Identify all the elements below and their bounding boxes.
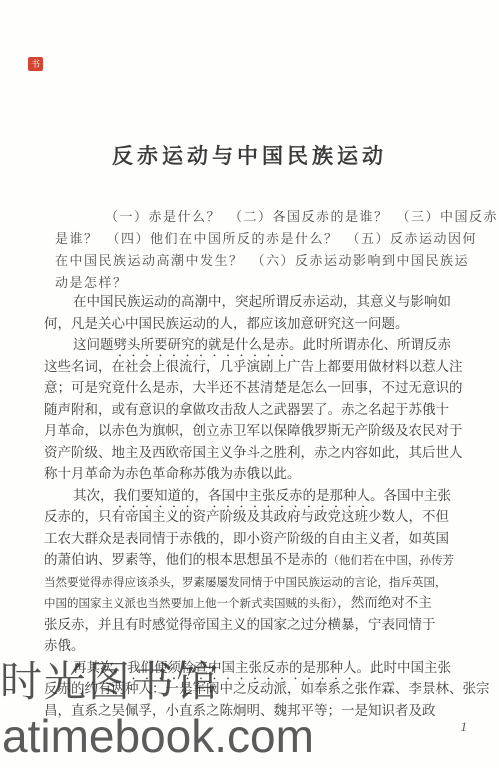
watermark-site-url: atimebook.com <box>2 713 314 759</box>
page-number: 1 <box>461 719 468 735</box>
body-line: 中国的国家主义派也当然要加上他一个新式卖国贼的头衔），然而绝对不主 <box>44 592 461 614</box>
body-line: 的萧伯讷、罗素等，他们的根本思想虽不是赤的（他们若在中国，孙传芳 <box>44 549 461 571</box>
body-line: 随声附和，或有意识的拿做攻击敌人之武器罢了。赤之名起于苏俄十 <box>44 399 461 421</box>
scanned-page: 书 反赤运动与中国民族运动 （一）赤是什么？ （二）各国反赤的是谁？ （三）中国… <box>0 0 499 768</box>
body-line: 反赤的，只有帝国主义的资产阶级及其政府与政党这班少数人，不但 <box>44 506 461 528</box>
red-stamp-glyph: 书 <box>31 60 40 69</box>
subtitle-line: 在中国民族运动高潮中发生？ （六）反赤运动影响到中国民族运 <box>55 250 459 272</box>
subtitle-line: 是谁？ （四）他们在中国所反的赤是什么？ （五）反赤运动因何 <box>55 228 459 250</box>
body-line: 意；可是究竟什么是赤，大半还不甚清楚是怎么一回事，不过无意识的 <box>44 377 461 399</box>
body-text: 在中国民族运动的高潮中，突起所谓反赤运动，其意义与影响如何，凡是关心中国民族运动… <box>44 291 461 721</box>
red-stamp-icon: 书 <box>28 57 43 71</box>
body-line: 这些名词，在社会上很流行，几乎演剧上广告上都要用做材料以惹人注 <box>44 356 461 378</box>
body-line: 资产阶级、地主及西欧帝国主义争斗之胜利，赤之内容如此，其后世人 <box>44 442 461 464</box>
subtitle-block: （一）赤是什么？ （二）各国反赤的是谁？ （三）中国反赤的是谁？ （四）他们在中… <box>55 206 459 294</box>
body-line: 月革命，以赤色为旗帜，创立赤卫军以保障俄罗斯无产阶级及农民对于 <box>44 420 461 442</box>
body-line: 当然要觉得赤得应该杀头，罗素屡屡发同情于中国民族运动的言论，指斥英国， <box>44 571 461 593</box>
body-line: 称十月革命为赤色革命称苏俄为赤俄以此。 <box>44 463 461 485</box>
body-line: 张反赤，并且有时感觉得帝国主义的国家之过分横暴，宁表同情于 <box>44 614 461 636</box>
watermark-library-name: 时光图书馆 <box>0 661 220 703</box>
subtitle-line: （一）赤是什么？ （二）各国反赤的是谁？ （三）中国反赤的 <box>55 206 459 228</box>
body-line: 何，凡是关心中国民族运动的人，都应该加意研究这一问题。 <box>44 313 461 335</box>
body-line: 在中国民族运动的高潮中，突起所谓反赤运动，其意义与影响如 <box>44 291 461 313</box>
body-line: 工农大群众是表同情于赤俄的，即小资产阶级的自由主义者，如英国 <box>44 528 461 550</box>
body-line: 赤俄。 <box>44 635 461 657</box>
body-line: 这问题劈头所要研究的就是什么是赤。此时所谓赤化、所谓反赤 <box>44 334 461 356</box>
page-title: 反赤运动与中国民族运动 <box>0 140 499 170</box>
body-line: 其次，我们要知道的，各国中主张反赤的是那种人。各国中主张 <box>44 485 461 507</box>
